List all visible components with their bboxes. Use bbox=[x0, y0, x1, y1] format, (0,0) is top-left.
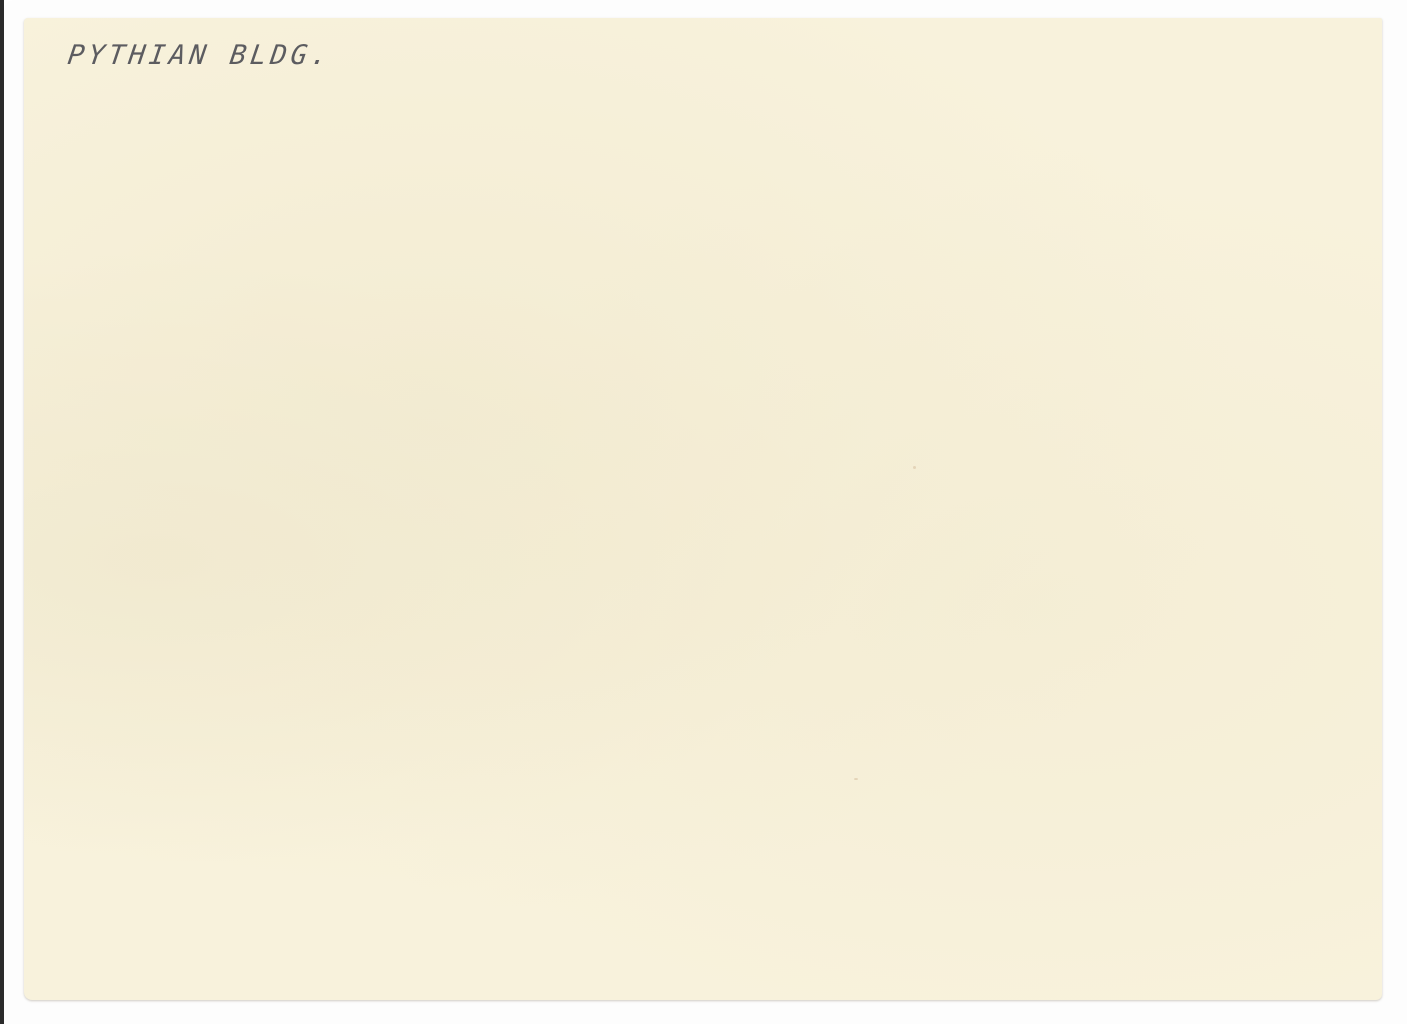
paper-speck bbox=[854, 778, 858, 780]
handwritten-caption: PYTHIAN BLDG. bbox=[66, 40, 334, 71]
paper-speck bbox=[913, 466, 916, 469]
photo-card-back bbox=[24, 18, 1382, 1000]
